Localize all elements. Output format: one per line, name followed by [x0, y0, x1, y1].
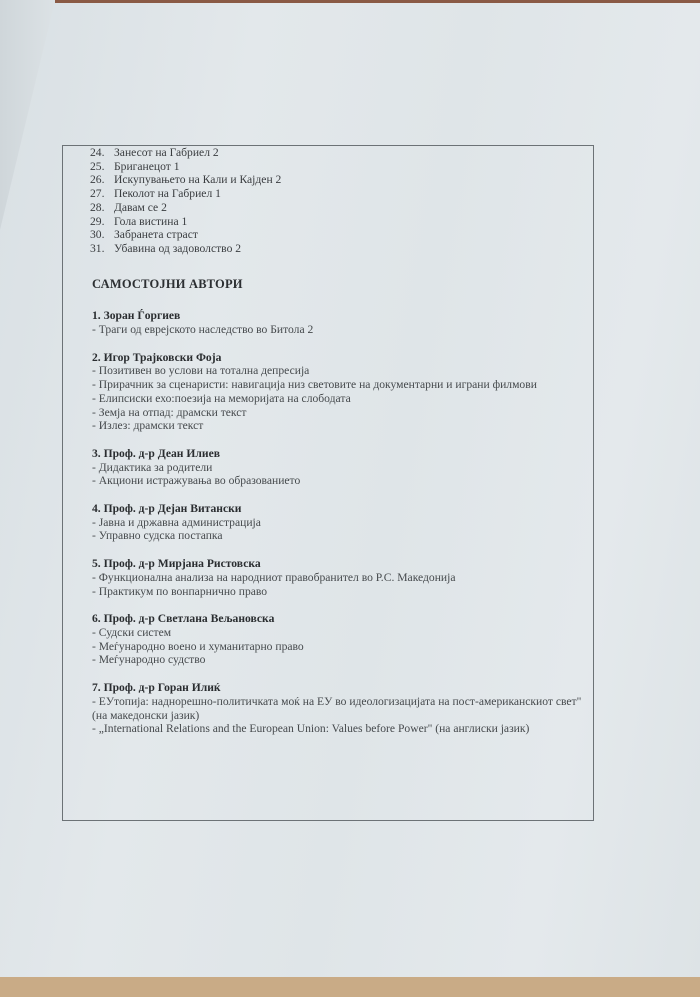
list-item-number: 29. [90, 215, 114, 229]
list-item-title: Бриганецот 1 [114, 160, 180, 174]
author-name: 1. Зоран Ѓоргиев [92, 309, 595, 323]
list-item-number: 24. [90, 146, 114, 160]
author-entry: 1. Зоран Ѓоргиев- Траги од еврејското на… [92, 309, 595, 336]
author-work: - Дидактика за родители [92, 461, 595, 475]
list-item: 31.Убавина од задоволство 2 [90, 242, 595, 256]
author-name: 5. Проф. д-р Мирјана Ристовска [92, 557, 595, 571]
author-name: 7. Проф. д-р Горан Илиќ [92, 681, 595, 695]
author-work: - Излез: драмски текст [92, 419, 595, 433]
list-item-title: Гола вистина 1 [114, 215, 187, 229]
section-title: САМОСТОЈНИ АВТОРИ [92, 278, 595, 292]
list-item-title: Давам се 2 [114, 201, 167, 215]
author-work: - Управно судска постапка [92, 529, 595, 543]
author-work: - „International Relations and the Europ… [92, 722, 595, 736]
list-item-title: Искупувањето на Кали и Кајден 2 [114, 173, 281, 187]
author-work: - Практикум по вонпарнично право [92, 585, 595, 599]
author-entry: 5. Проф. д-р Мирјана Ристовска- Функцион… [92, 557, 595, 598]
author-work: - Елипсиски ехо:поезија на меморијата на… [92, 392, 595, 406]
author-work: - Судски систем [92, 626, 595, 640]
list-item: 28.Давам се 2 [90, 201, 595, 215]
author-work: - Функционална анализа на народниот прав… [92, 571, 595, 585]
list-item-number: 30. [90, 228, 114, 242]
table-surface-bottom [0, 977, 700, 997]
author-work: - Меѓународно судство [92, 653, 595, 667]
list-item-number: 27. [90, 187, 114, 201]
author-work: - Позитивен во услови на тотална депреси… [92, 364, 595, 378]
author-entry: 4. Проф. д-р Дејан Витански- Јавна и држ… [92, 502, 595, 543]
list-item: 25.Бриганецот 1 [90, 160, 595, 174]
author-work: - Јавна и државна администрација [92, 516, 595, 530]
list-item: 29.Гола вистина 1 [90, 215, 595, 229]
author-work: - ЕУтопија: наднорешно-политичката моќ н… [92, 695, 595, 722]
list-item-number: 31. [90, 242, 114, 256]
authors-list: 1. Зоран Ѓоргиев- Траги од еврејското на… [90, 309, 595, 736]
author-work: - Земја на отпад: драмски текст [92, 406, 595, 420]
table-surface-top [55, 0, 700, 3]
list-item-number: 28. [90, 201, 114, 215]
numbered-title-list: 24.Занесот на Габриел 225.Бриганецот 126… [90, 146, 595, 256]
author-work: - Траги од еврејското наследство во Бито… [92, 323, 595, 337]
list-item-number: 26. [90, 173, 114, 187]
author-name: 2. Игор Трајковски Фоја [92, 351, 595, 365]
document-content: 24.Занесот на Габриел 225.Бриганецот 126… [90, 146, 595, 736]
list-item: 27.Пеколот на Габриел 1 [90, 187, 595, 201]
list-item-title: Убавина од задоволство 2 [114, 242, 241, 256]
list-item: 26.Искупувањето на Кали и Кајден 2 [90, 173, 595, 187]
author-work: - Акциони истражувања во образованието [92, 474, 595, 488]
author-name: 4. Проф. д-р Дејан Витански [92, 502, 595, 516]
author-work: - Меѓународно воено и хуманитарно право [92, 640, 595, 654]
list-item-title: Пеколот на Габриел 1 [114, 187, 221, 201]
author-entry: 3. Проф. д-р Деан Илиев- Дидактика за ро… [92, 447, 595, 488]
list-item-title: Забранета страст [114, 228, 198, 242]
author-name: 6. Проф. д-р Светлана Вељановска [92, 612, 595, 626]
author-work: - Прирачник за сценаристи: навигација ни… [92, 378, 595, 392]
list-item-number: 25. [90, 160, 114, 174]
author-entry: 7. Проф. д-р Горан Илиќ- ЕУтопија: надно… [92, 681, 595, 736]
list-item-title: Занесот на Габриел 2 [114, 146, 219, 160]
list-item: 30.Забранета страст [90, 228, 595, 242]
list-item: 24.Занесот на Габриел 2 [90, 146, 595, 160]
author-name: 3. Проф. д-р Деан Илиев [92, 447, 595, 461]
author-entry: 6. Проф. д-р Светлана Вељановска- Судски… [92, 612, 595, 667]
author-entry: 2. Игор Трајковски Фоја- Позитивен во ус… [92, 351, 595, 433]
